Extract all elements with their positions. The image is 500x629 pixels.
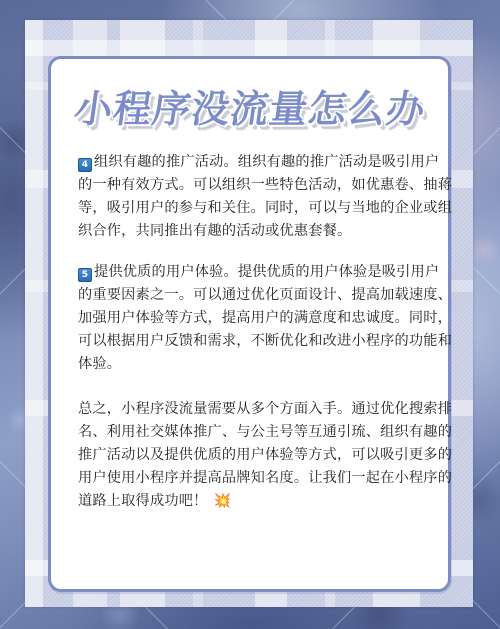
section-summary: 总之，小程序没流量需要从多个方面入手。通过优化搜索排 名、利用社交媒体推广、与公… xyxy=(78,398,428,513)
text-line: 用户使用小程序并提高品牌知名度。让我们一起在小程序的 xyxy=(78,467,428,490)
text-line: 5提供优质的用户体验。提供优质的用户体验是吸引用户 xyxy=(78,261,428,284)
collision-icon: 💥 xyxy=(214,490,232,513)
text-line: 加强用户体验等方式，提高用户的满意度和忠诚度。同时， xyxy=(78,307,428,330)
text-line: 等，吸引用户的参与和关住。同时，可以与当地的企业或组 xyxy=(78,197,428,220)
text-line: 体验。 xyxy=(78,353,428,376)
text-line: 推广活动以及提供优质的用户体验等方式，可以吸引更多的 xyxy=(78,444,428,467)
page-title: 小程序没流量怎么办 xyxy=(71,86,429,132)
text-line: 总之，小程序没流量需要从多个方面入手。通过优化搜索排 xyxy=(78,398,428,421)
keycap-5-icon: 5 xyxy=(78,268,92,282)
text-line: 名、利用社交媒体推广、与公主号等互通引琉、组织有趣的 xyxy=(78,421,428,444)
section-user-experience: 5提供优质的用户体验。提供优质的用户体验是吸引用户 的重要因素之一。可以通过优化… xyxy=(78,261,428,376)
text-line-content: 道路上取得成功吧！ xyxy=(78,493,208,509)
text-line: 的重要因素之一。可以通过优化页面设计、提高加载速度、 xyxy=(78,284,428,307)
text-line: 织合作，共同推出有趣的活动或优惠套餐。 xyxy=(78,220,428,243)
text-line-content: 提供优质的用户体验。提供优质的用户体验是吸引用户 xyxy=(94,264,439,280)
text-line: 道路上取得成功吧！💥 xyxy=(78,490,428,513)
text-line-content: 组织有趣的推广活动。组织有趣的推广活动是吸引用户 xyxy=(94,154,439,170)
text-line: 4组织有趣的推广活动。组织有趣的推广活动是吸引用户 xyxy=(78,151,428,174)
text-line: 可以根据用户反馈和需求，不断优化和改进小程序的功能和 xyxy=(78,330,428,353)
text-line: 的一种有效方式。可以组织一些特色活动，如优惠卷、抽蒋 xyxy=(78,174,428,197)
keycap-4-icon: 4 xyxy=(78,158,92,172)
section-promotion-activities: 4组织有趣的推广活动。组织有趣的推广活动是吸引用户 的一种有效方式。可以组织一些… xyxy=(78,151,428,243)
